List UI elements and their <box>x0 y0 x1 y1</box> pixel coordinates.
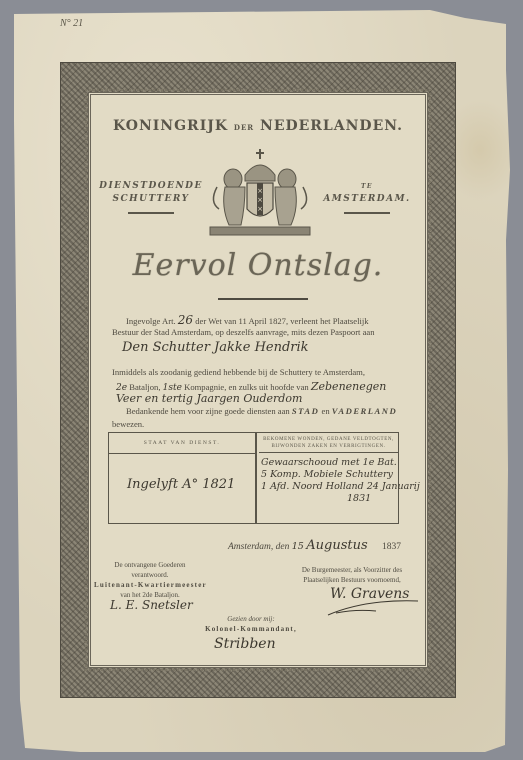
quartermaster-title: Luitenant-Kwartiermeester <box>94 580 206 590</box>
date-year: 1837 <box>382 542 401 552</box>
body-line1: Ingevolge Art. 26 der Wet van 11 April 1… <box>126 313 369 327</box>
svg-text:×: × <box>257 187 263 195</box>
campaigns-header: BEKOMENE WONDEN, GEDANE VELDTOGTEN, BIJW… <box>259 433 398 453</box>
body-text: Bataljon, <box>129 382 160 392</box>
kingdom-title-der: DER <box>234 123 254 132</box>
body-line6: bewezen. <box>112 419 144 429</box>
place-label: Amsterdam, den <box>228 542 289 552</box>
body-line2: Bestuur der Stad Amsterdam, op deszelfs … <box>112 327 375 337</box>
quartermaster-block: De ontvangene Goederen verantwoord. Luit… <box>94 560 206 600</box>
kingdom-title-part3: NEDERLANDEN. <box>260 118 403 134</box>
right-heading-line2: AMSTERDAM. <box>312 193 422 206</box>
body-text: Ingevolge Art. <box>126 316 176 326</box>
reference-number: N° 21 <box>60 18 83 29</box>
right-heading-line1: TE <box>312 180 422 193</box>
discharge-reason-1: Zebenenegen <box>311 380 387 393</box>
body-text: Bedankende hem voor zijne goede diensten… <box>126 406 290 416</box>
discharge-reason-2: Veer en tertig Jaargen Ouderdom <box>116 392 302 405</box>
colonel-line1: Gezien door mij: <box>196 614 306 624</box>
campaigns-line: 1 Afd. Noord Holland 24 Januarij <box>261 481 420 493</box>
signature-flourish-icon <box>326 595 421 617</box>
left-heading: DIENSTDOENDE SCHUTTERY <box>96 180 206 214</box>
kingdom-title-part1: KONINGRIJK <box>113 118 228 134</box>
vaderland-label: VADERLAND <box>332 406 397 416</box>
left-heading-line1: DIENSTDOENDE <box>96 180 206 193</box>
campaigns-header-line2: BIJWONDEN ZAKEN EN VERRIGTINGEN. <box>259 443 398 450</box>
left-heading-line2: SCHUTTERY <box>96 193 206 206</box>
coat-of-arms-icon: × × × <box>205 147 315 239</box>
body-text: der Wet van 11 April 1827, verleent het … <box>195 316 368 326</box>
colonel-signature: Stribben <box>214 636 276 652</box>
stad-label: STAD <box>292 406 320 416</box>
campaigns-header-line1: BEKOMENE WONDEN, GEDANE VELDTOGTEN, <box>259 436 398 443</box>
body-line3: Inmiddels als zoodanig gediend hebbende … <box>112 367 365 377</box>
campaigns-line: 5 Komp. Mobiele Schuttery <box>261 469 420 481</box>
divider <box>344 212 390 214</box>
date-month: Augustus <box>306 538 367 553</box>
recipient-name: Den Schutter Jakke Hendrik <box>122 340 309 355</box>
divider <box>128 212 174 214</box>
date-day: 15 <box>292 541 304 552</box>
campaigns-line: 1831 <box>261 493 420 505</box>
document-title: Eervol Ontslag. <box>88 248 428 283</box>
body-text: Kompagnie, en zulks uit hoofde van <box>184 382 309 392</box>
campaigns-record: Gewaarschooud met 1e Bat. 5 Komp. Mobiel… <box>261 457 420 505</box>
service-table: STAAT VAN DIENST. Ingelyft A° 1821 BEKOM… <box>108 432 399 524</box>
body-text: en <box>322 406 330 416</box>
service-column: STAAT VAN DIENST. Ingelyft A° 1821 <box>109 433 257 523</box>
mayor-block: De Burgemeester, als Voorzitter des Plaa… <box>282 565 422 585</box>
colonel-block: Gezien door mij: Kolonel-Kommandant, <box>196 614 306 634</box>
mayor-line1: De Burgemeester, als Voorzitter des <box>282 565 422 575</box>
service-header: STAAT VAN DIENST. <box>109 433 255 454</box>
article-number: 26 <box>178 313 193 327</box>
service-record: Ingelyft A° 1821 <box>127 477 235 492</box>
colonel-title: Kolonel-Kommandant, <box>196 624 306 634</box>
body-line5: Bedankende hem voor zijne goede diensten… <box>126 406 397 416</box>
title-divider <box>218 298 308 300</box>
mayor-line2: Plaatselijken Bestuurs voornoemd, <box>282 575 422 585</box>
quartermaster-line1: De ontvangene Goederen <box>94 560 206 570</box>
right-heading: TE AMSTERDAM. <box>312 180 422 214</box>
quartermaster-line2: verantwoord. <box>94 570 206 580</box>
kingdom-title: KONINGRIJK DER NEDERLANDEN. <box>88 118 428 134</box>
campaigns-line: Gewaarschooud met 1e Bat. <box>261 457 420 469</box>
place-date: Amsterdam, den 15 Augustus 1837 <box>228 538 401 553</box>
svg-text:×: × <box>257 196 263 204</box>
svg-text:×: × <box>257 205 263 213</box>
quartermaster-signature: L. E. Snetsler <box>110 598 193 612</box>
